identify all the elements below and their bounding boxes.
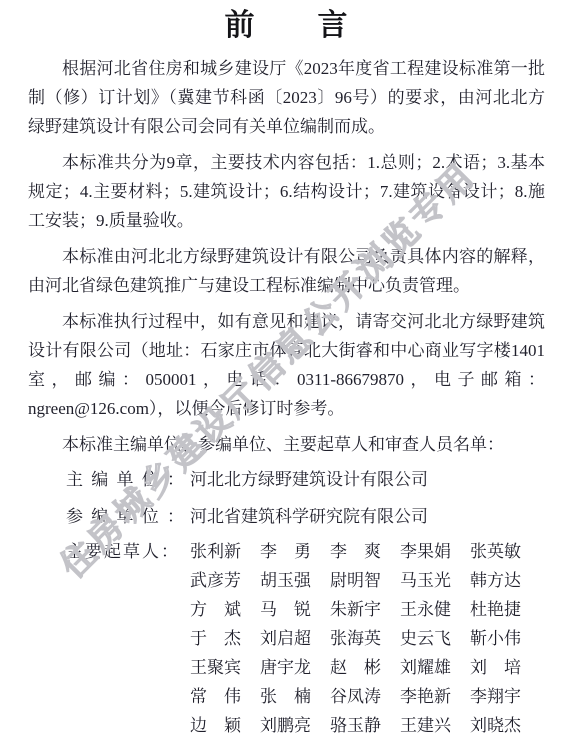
drafter-name: 韩方达: [470, 566, 521, 595]
drafters-section: 主要起草人： 张利新 李 勇 李 爽 李果娟 张英敏 武彦芳 胡玉强 尉明智 马…: [28, 537, 545, 740]
drafter-name: 李 爽: [330, 537, 381, 566]
drafter-name: 赵 彬: [330, 653, 381, 682]
drafter-name: 唐宇龙: [260, 653, 311, 682]
drafter-name: 杜艳捷: [470, 595, 521, 624]
participating-unit-value: 河北省建筑科学研究院有限公司: [190, 502, 428, 531]
page-title: 前 言: [28, 6, 545, 46]
drafter-name: 常 伟: [190, 682, 241, 711]
drafter-name: 王建兴: [400, 711, 451, 740]
drafter-name: 谷凤涛: [330, 682, 381, 711]
drafter-name: 边 颖: [190, 711, 241, 740]
drafter-name: 王聚宾: [190, 653, 241, 682]
paragraph-interpretation: 本标准由河北北方绿野建筑设计有限公司负责具体内容的解释，由河北省绿色建筑推广与建…: [28, 242, 545, 300]
chief-editor-unit-row: 主 编 单 位 ： 河北北方绿野建筑设计有限公司: [28, 465, 545, 494]
drafter-name: 马玉光: [400, 566, 451, 595]
chief-editor-unit-label: 主 编 单 位 ：: [66, 465, 190, 494]
drafter-name: 刘晓杰: [470, 711, 521, 740]
drafter-name: 张利新: [190, 537, 241, 566]
drafter-name: 王永健: [400, 595, 451, 624]
drafter-name: 张海英: [330, 624, 381, 653]
drafter-name: 武彦芳: [190, 566, 241, 595]
drafter-name: 李艳新: [400, 682, 451, 711]
drafter-name: 尉明智: [330, 566, 381, 595]
drafter-name: 刘 培: [470, 653, 521, 682]
drafters-name-grid: 张利新 李 勇 李 爽 李果娟 张英敏 武彦芳 胡玉强 尉明智 马玉光 韩方达 …: [190, 537, 521, 740]
drafter-name: 于 杰: [190, 624, 241, 653]
paragraph-roster-intro: 本标准主编单位、参编单位、主要起草人和审查人员名单：: [28, 430, 545, 459]
drafter-name: 李翔宇: [470, 682, 521, 711]
participating-unit-row: 参 编 单 位 ： 河北省建筑科学研究院有限公司: [28, 502, 545, 531]
paragraph-basis: 根据河北省住房和城乡建设厅《2023年度省工程建设标准第一批制（修）订计划》（冀…: [28, 54, 545, 141]
participating-unit-label: 参 编 单 位 ：: [66, 502, 190, 531]
drafter-name: 刘启超: [260, 624, 311, 653]
drafter-name: 胡玉强: [260, 566, 311, 595]
drafters-label: 主要起草人：: [66, 537, 190, 740]
drafter-name: 刘鹏亮: [260, 711, 311, 740]
drafter-name: 朱新宇: [330, 595, 381, 624]
paragraph-feedback: 本标准执行过程中，如有意见和建议，请寄交河北北方绿野建筑设计有限公司（地址：石家…: [28, 307, 545, 423]
drafter-name: 马 锐: [260, 595, 311, 624]
drafter-name: 刘耀雄: [400, 653, 451, 682]
preface-page: 住房城乡建设厅信息公开浏览专用 前 言 根据河北省住房和城乡建设厅《2023年度…: [0, 0, 573, 744]
drafter-name: 史云飞: [400, 624, 451, 653]
drafter-name: 骆玉静: [330, 711, 381, 740]
drafter-name: 张英敏: [470, 537, 521, 566]
drafter-name: 李果娟: [400, 537, 451, 566]
drafter-name: 李 勇: [260, 537, 311, 566]
paragraph-contents: 本标准共分为9章，主要技术内容包括：1.总则；2.术语；3.基本规定；4.主要材…: [28, 148, 545, 235]
drafter-name: 靳小伟: [470, 624, 521, 653]
drafter-name: 方 斌: [190, 595, 241, 624]
chief-editor-unit-value: 河北北方绿野建筑设计有限公司: [190, 465, 428, 494]
drafter-name: 张 楠: [260, 682, 311, 711]
